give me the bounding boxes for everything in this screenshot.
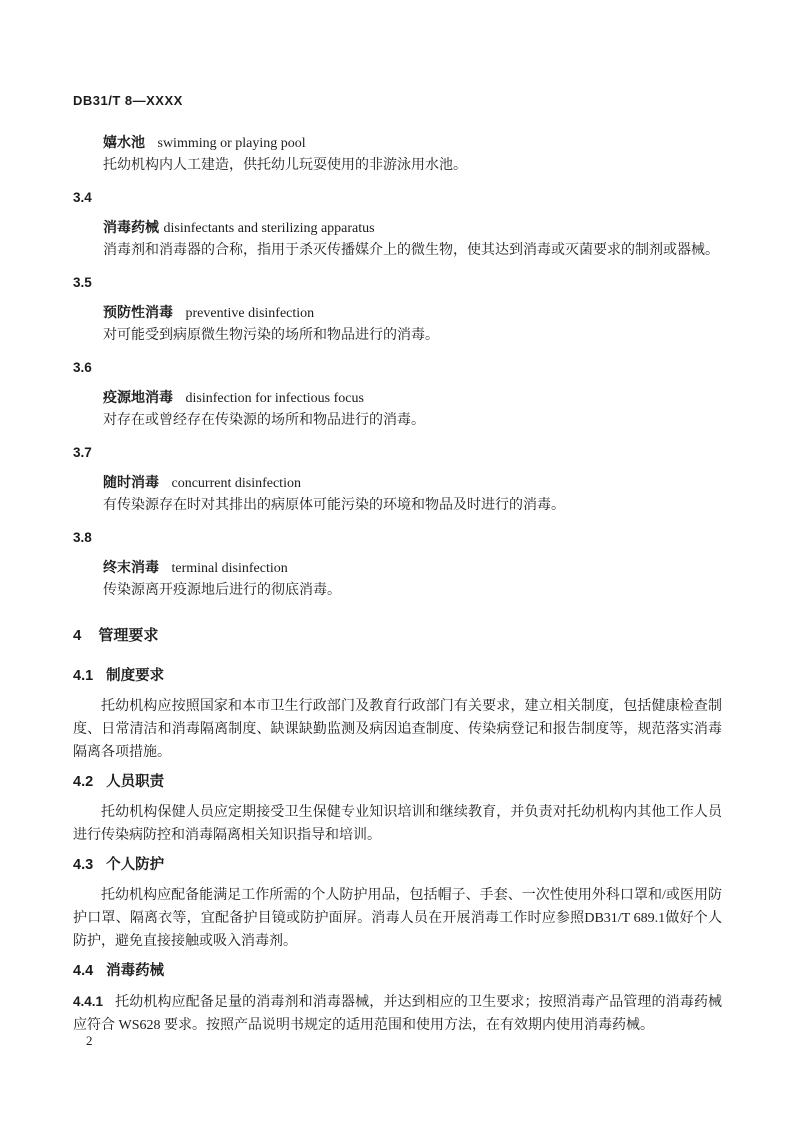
section-paragraph: 托幼机构保健人员应定期接受卫生保健专业知识培训和继续教育，并负责对托幼机构内其他… — [73, 801, 722, 847]
section-number: 4.1 — [73, 668, 93, 684]
section-paragraph: 托幼机构应配备能满足工作所需的个人防护用品，包括帽子、手套、一次性使用外科口罩和… — [73, 884, 722, 953]
subclause-paragraph: 4.4.1托幼机构应配备足量的消毒剂和消毒器械，并达到相应的卫生要求；按照消毒产… — [73, 990, 722, 1037]
term-entry: 3.8 终末消毒 terminal disinfection 传染源离开疫源地后… — [73, 527, 722, 602]
section-number: 4.4 — [73, 963, 93, 979]
term-chinese: 嬉水池 — [103, 134, 145, 150]
clause-number: 3.5 — [73, 272, 722, 294]
term-title-line: 预防性消毒 preventive disinfection — [73, 301, 722, 325]
section-title: 人员职责 — [106, 774, 164, 790]
section-institutional-requirements: 4.1制度要求 托幼机构应按照国家和本市卫生行政部门及教育行政部门有关要求，建立… — [73, 665, 722, 764]
term-entry: 3.5 预防性消毒 preventive disinfection 对可能受到病… — [73, 272, 722, 347]
term-english: disinfectants and sterilizing apparatus — [164, 221, 375, 236]
clause-number: 3.8 — [73, 527, 722, 549]
term-entry: 3.7 随时消毒 concurrent disinfection 有传染源存在时… — [73, 442, 722, 517]
standard-document-page: DB31/T 8—XXXX 嬉水池 swimming or playing po… — [0, 0, 794, 1123]
section-number: 4.3 — [73, 857, 93, 873]
document-code-header: DB31/T 8—XXXX — [73, 94, 722, 108]
term-chinese: 预防性消毒 — [103, 304, 173, 320]
term-title-line: 疫源地消毒 disinfection for infectious focus — [73, 386, 722, 410]
term-title-line: 终末消毒 terminal disinfection — [73, 556, 722, 580]
term-definition: 传染源离开疫源地后进行的彻底消毒。 — [73, 580, 722, 602]
term-title-line: 随时消毒 concurrent disinfection — [73, 471, 722, 495]
term-chinese: 消毒药械 — [103, 219, 159, 235]
term-chinese: 疫源地消毒 — [103, 389, 173, 405]
section-heading: 4.3个人防护 — [73, 854, 722, 876]
section-number: 4.2 — [73, 774, 93, 790]
term-chinese: 随时消毒 — [103, 474, 159, 490]
section-paragraph: 托幼机构应按照国家和本市卫生行政部门及教育行政部门有关要求，建立相关制度，包括健… — [73, 695, 722, 764]
section-disinfection-apparatus: 4.4消毒药械 4.4.1托幼机构应配备足量的消毒剂和消毒器械，并达到相应的卫生… — [73, 960, 722, 1037]
section-heading: 4.1制度要求 — [73, 665, 722, 687]
terms-and-definitions: 嬉水池 swimming or playing pool 托幼机构内人工建造，供… — [73, 131, 722, 602]
term-english: swimming or playing pool — [158, 136, 306, 151]
term-english: disinfection for infectious focus — [186, 391, 364, 406]
section-title: 个人防护 — [106, 857, 164, 873]
term-title-line: 嬉水池 swimming or playing pool — [73, 131, 722, 155]
clause-number: 3.6 — [73, 357, 722, 379]
page-number: 2 — [86, 1033, 93, 1049]
clause-number: 3.7 — [73, 442, 722, 464]
term-entry: 3.6 疫源地消毒 disinfection for infectious fo… — [73, 357, 722, 432]
term-definition: 有传染源存在时对其排出的病原体可能污染的环境和物品及时进行的消毒。 — [73, 495, 722, 517]
term-definition: 消毒剂和消毒器的合称，指用于杀灭传播媒介上的微生物，使其达到消毒或灭菌要求的制剂… — [73, 240, 722, 262]
term-entry: 嬉水池 swimming or playing pool 托幼机构内人工建造，供… — [73, 131, 722, 177]
section-title: 消毒药械 — [106, 963, 164, 979]
term-definition: 对存在或曾经存在传染源的场所和物品进行的消毒。 — [73, 410, 722, 432]
chapter-number: 4 — [73, 627, 81, 644]
clause-number: 3.4 — [73, 187, 722, 209]
chapter-heading: 4管理要求 — [73, 625, 722, 647]
subclause-number: 4.4.1 — [73, 994, 103, 1009]
term-english: preventive disinfection — [186, 306, 315, 321]
term-definition: 托幼机构内人工建造，供托幼儿玩耍使用的非游泳用水池。 — [73, 155, 722, 177]
section-heading: 4.4消毒药械 — [73, 960, 722, 982]
section-heading: 4.2人员职责 — [73, 771, 722, 793]
term-entry: 3.4 消毒药械 disinfectants and sterilizing a… — [73, 187, 722, 262]
section-personal-protection: 4.3个人防护 托幼机构应配备能满足工作所需的个人防护用品，包括帽子、手套、一次… — [73, 854, 722, 953]
term-chinese: 终末消毒 — [103, 559, 159, 575]
term-definition: 对可能受到病原微生物污染的场所和物品进行的消毒。 — [73, 325, 722, 347]
term-title-line: 消毒药械 disinfectants and sterilizing appar… — [73, 216, 722, 240]
subclause-text: 托幼机构应配备足量的消毒剂和消毒器械，并达到相应的卫生要求；按照消毒产品管理的消… — [73, 995, 722, 1033]
section-title: 制度要求 — [106, 668, 164, 684]
chapter-title: 管理要求 — [98, 627, 158, 644]
term-english: terminal disinfection — [172, 561, 288, 576]
term-english: concurrent disinfection — [172, 476, 301, 491]
section-personnel-duties: 4.2人员职责 托幼机构保健人员应定期接受卫生保健专业知识培训和继续教育，并负责… — [73, 771, 722, 847]
